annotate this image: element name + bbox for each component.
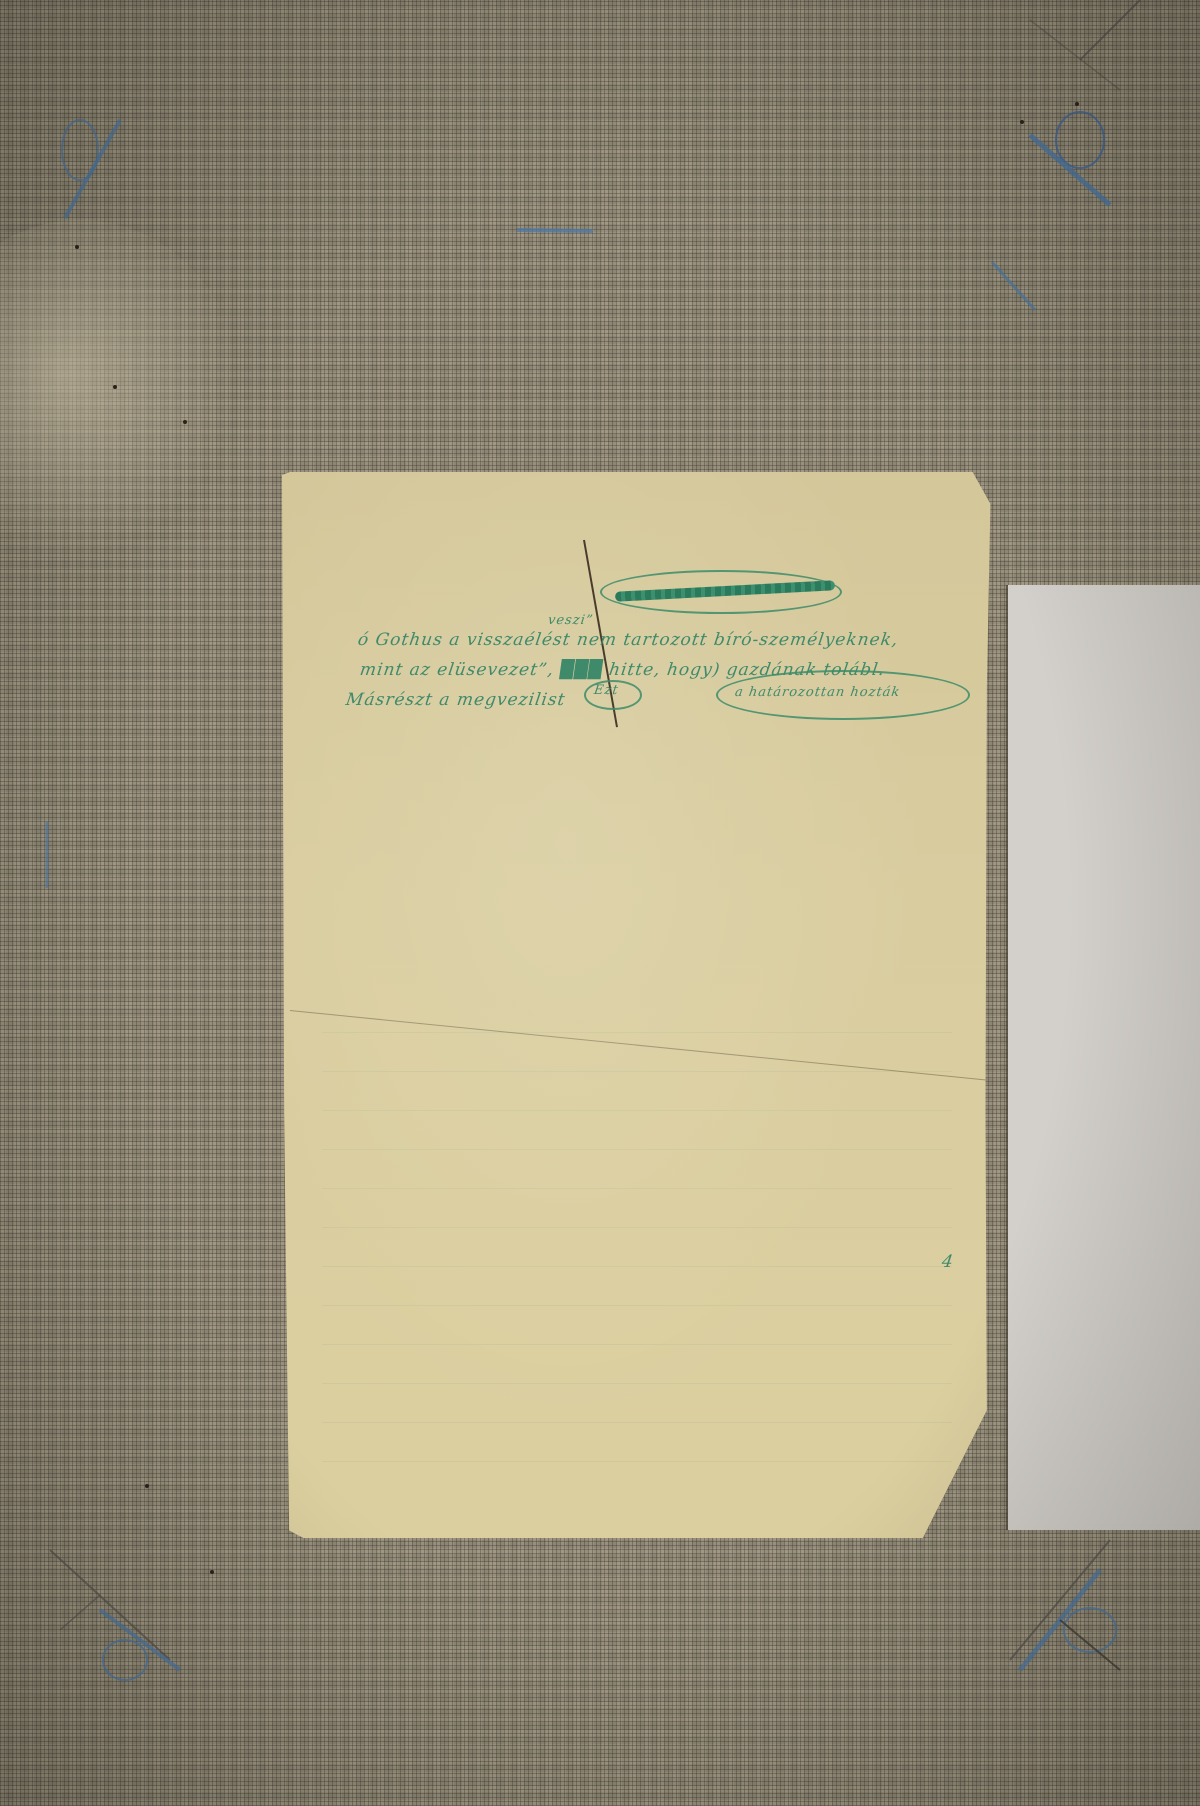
debris-speck [1020,120,1024,124]
debris-speck [210,1570,214,1574]
circled-insert-right: a határozottan hozták [734,685,901,700]
registration-mark-bottom-left-icon [40,1520,210,1720]
debris-speck [75,245,79,249]
manuscript-line-1: ó Gothus a visszaélést nem tartozott bír… [357,630,900,650]
manuscript-line-3: Másrészt a megvezilist [345,690,567,710]
crayon-dash-top-center-icon [515,225,595,235]
debris-speck [183,420,187,424]
insertion-above: veszi” [547,613,594,628]
registration-mark-top-left-icon [40,100,140,230]
crayon-dash-upper-right-icon [990,260,1040,320]
blank-white-sheet [1008,585,1200,1530]
bleed-through-text [322,1032,952,1500]
registration-mark-bottom-right-icon [1000,1530,1160,1710]
debris-speck [145,1484,149,1488]
debris-speck [113,385,117,389]
circled-insert-left: Ezt [593,683,620,698]
crayon-dash-left-icon [42,820,52,890]
registration-mark-top-right-icon [1010,0,1150,220]
fold-crease [290,1010,987,1081]
light-glare [0,220,240,560]
debris-speck [1075,102,1079,106]
